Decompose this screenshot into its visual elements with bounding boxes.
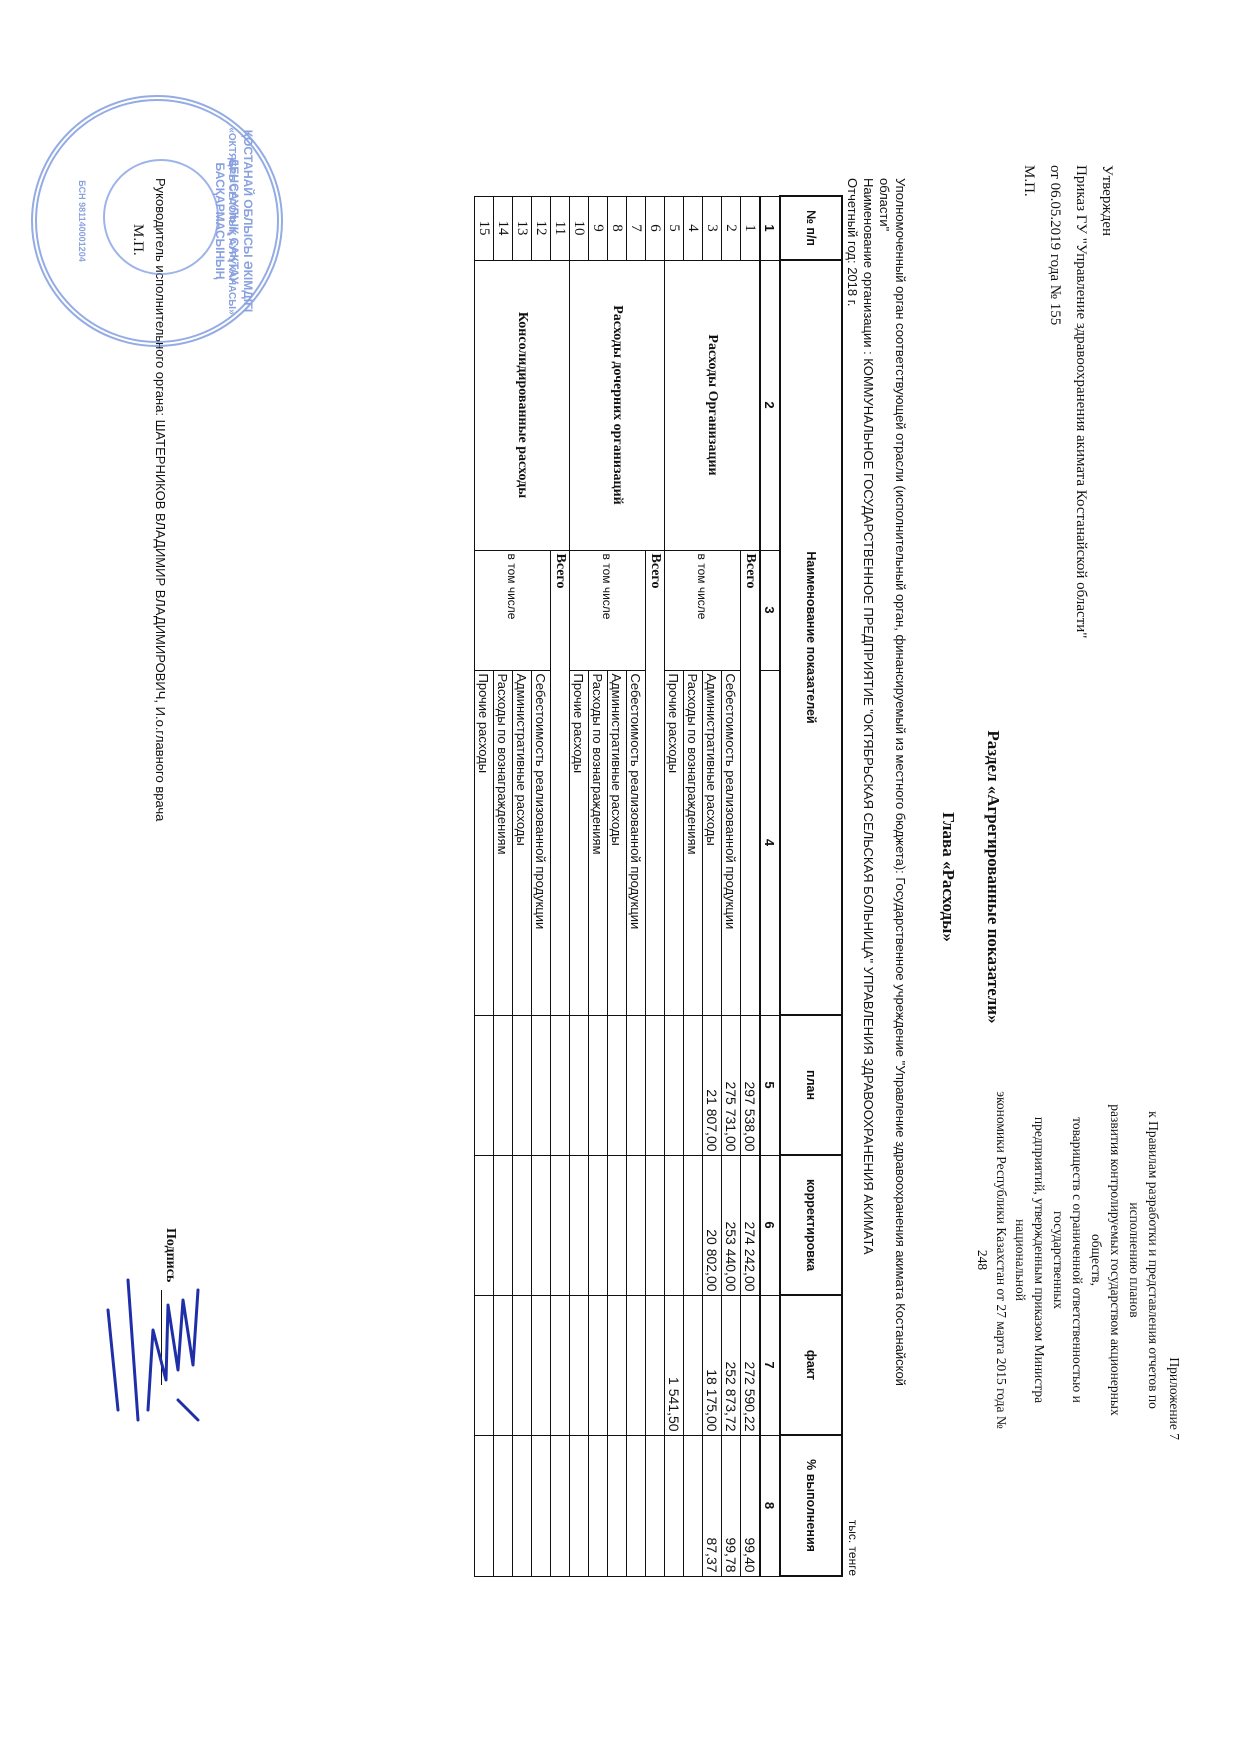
fact-value xyxy=(646,1295,665,1435)
row-number: 10 xyxy=(570,196,589,260)
plan-value xyxy=(665,1015,684,1155)
appendix-note: Приложение 7 к Правилам разработки и пре… xyxy=(973,1080,1184,1440)
plan-value: 21 807,00 xyxy=(703,1015,722,1155)
percent-value: 99,78 xyxy=(722,1435,741,1576)
group-title: Расходы Организации xyxy=(665,260,761,550)
group-title: Консолидированные расходы xyxy=(475,260,570,550)
correction-value xyxy=(589,1155,608,1295)
percent-value xyxy=(665,1435,684,1576)
item-name: Расходы по вознаграждениям xyxy=(494,670,513,1015)
currency-unit: тыс. тенге xyxy=(846,1520,860,1576)
appendix-line: к Правилам разработки и представления от… xyxy=(1125,1080,1163,1440)
plan-value xyxy=(475,1015,494,1155)
fact-value xyxy=(589,1295,608,1435)
expenses-table: № п/п Наименование показателей план корр… xyxy=(474,195,843,1577)
total-label: Всего xyxy=(551,550,570,1015)
table-body: 1 2 3 4 5 6 7 8 1Расходы ОрганизацииВсег… xyxy=(475,196,781,1576)
correction-value xyxy=(513,1155,532,1295)
fact-value xyxy=(475,1295,494,1435)
item-name: Себестоимость реализованной продукции xyxy=(627,670,646,1015)
percent-value: 99,40 xyxy=(741,1435,761,1576)
header-correction: корректировка xyxy=(780,1155,842,1295)
appendix-line: товариществ с ограниченной ответственнос… xyxy=(1049,1080,1087,1440)
correction-value: 253 440,00 xyxy=(722,1155,741,1295)
organization-line: Наименование организации : КОММУНАЛЬНОЕ … xyxy=(860,178,876,1386)
row-number: 1 xyxy=(741,196,761,260)
header-plan: план xyxy=(780,1015,842,1155)
percent-value xyxy=(684,1435,703,1576)
row-number: 4 xyxy=(684,196,703,260)
including-label: в том числе xyxy=(570,550,646,670)
column-number: 3 xyxy=(760,550,780,670)
table-row: 1Расходы ОрганизацииВсего297 538,00274 2… xyxy=(741,196,761,1576)
plan-value xyxy=(551,1015,570,1155)
approval-mp: М.П. xyxy=(1016,165,1042,638)
correction-value xyxy=(646,1155,665,1295)
percent-value xyxy=(589,1435,608,1576)
row-number: 8 xyxy=(608,196,627,260)
header-percent: % выполнения xyxy=(780,1435,842,1576)
plan-value: 275 731,00 xyxy=(722,1015,741,1155)
plan-value xyxy=(608,1015,627,1155)
fact-value xyxy=(494,1295,513,1435)
appendix-number: Приложение 7 xyxy=(1165,1080,1184,1440)
approval-block: Утвержден Приказ ГУ "Управление здравоох… xyxy=(1016,165,1120,638)
column-number: 8 xyxy=(760,1435,780,1576)
including-label: в том числе xyxy=(475,550,551,670)
plan-value xyxy=(646,1015,665,1155)
plan-value xyxy=(684,1015,703,1155)
percent-value xyxy=(551,1435,570,1576)
row-number: 7 xyxy=(627,196,646,260)
fact-value: 1 541,50 xyxy=(665,1295,684,1435)
correction-value xyxy=(494,1155,513,1295)
approval-title: Утвержден xyxy=(1094,165,1120,638)
row-number: 3 xyxy=(703,196,722,260)
column-number: 2 xyxy=(760,260,780,550)
item-name: Себестоимость реализованной продукции xyxy=(532,670,551,1015)
fact-value: 272 590,22 xyxy=(741,1295,761,1435)
fact-value xyxy=(684,1295,703,1435)
item-name: Административные расходы xyxy=(513,670,532,1015)
appendix-line: развития контролируемых государством акц… xyxy=(1087,1080,1125,1440)
row-number: 5 xyxy=(665,196,684,260)
percent-value xyxy=(475,1435,494,1576)
plan-value xyxy=(589,1015,608,1155)
table-row: 6Расходы дочерних организацийВсего xyxy=(646,196,665,1576)
item-name: Прочие расходы xyxy=(665,670,684,1015)
row-number: 13 xyxy=(513,196,532,260)
fact-value: 18 175,00 xyxy=(703,1295,722,1435)
correction-value xyxy=(532,1155,551,1295)
header-num: № п/п xyxy=(780,196,842,260)
plan-value xyxy=(513,1015,532,1155)
report-info: Уполномоченный орган соответствующей отр… xyxy=(844,178,908,1386)
correction-value xyxy=(684,1155,703,1295)
percent-value xyxy=(494,1435,513,1576)
percent-value xyxy=(646,1435,665,1576)
fact-value xyxy=(532,1295,551,1435)
percent-value xyxy=(513,1435,532,1576)
percent-value xyxy=(570,1435,589,1576)
correction-value xyxy=(475,1155,494,1295)
correction-value: 274 242,00 xyxy=(741,1155,761,1295)
correction-value xyxy=(627,1155,646,1295)
report-year: Отчетный год: 2018 г. xyxy=(844,178,860,1386)
column-number: 7 xyxy=(760,1295,780,1435)
percent-value xyxy=(608,1435,627,1576)
percent-value: 87,37 xyxy=(703,1435,722,1576)
correction-value xyxy=(551,1155,570,1295)
authority-line-cont: области" xyxy=(876,178,892,1386)
total-label: Всего xyxy=(646,550,665,1015)
row-number: 2 xyxy=(722,196,741,260)
appendix-line: предприятий, утвержденным приказом Минис… xyxy=(1011,1080,1049,1440)
item-name: Прочие расходы xyxy=(570,670,589,1015)
column-number: 4 xyxy=(760,670,780,1015)
item-name: Себестоимость реализованной продукции xyxy=(722,670,741,1015)
plan-value xyxy=(627,1015,646,1155)
column-number: 1 xyxy=(760,196,780,260)
row-number: 12 xyxy=(532,196,551,260)
stamp-inner-text: «ОКТЯБРЬ СЕЛОЛЫҚ АУРУХАНАСЫ» xyxy=(226,101,237,341)
stamp-bin: БСН 981140001204 xyxy=(77,101,87,341)
percent-value xyxy=(627,1435,646,1576)
item-name: Расходы по вознаграждениям xyxy=(684,670,703,1015)
fact-value: 252 873,72 xyxy=(722,1295,741,1435)
percent-value xyxy=(532,1435,551,1576)
group-title: Расходы дочерних организаций xyxy=(570,260,665,550)
plan-value xyxy=(532,1015,551,1155)
signature-icon xyxy=(98,1270,238,1440)
approval-order: Приказ ГУ "Управление здравоохранения ак… xyxy=(1068,165,1094,638)
table-row: 11Консолидированные расходыВсего xyxy=(551,196,570,1576)
column-number-row: 1 2 3 4 5 6 7 8 xyxy=(760,196,780,1576)
row-number: 14 xyxy=(494,196,513,260)
header-name: Наименование показателей xyxy=(780,260,842,1015)
column-number: 5 xyxy=(760,1015,780,1155)
correction-value: 20 802,00 xyxy=(703,1155,722,1295)
row-number: 15 xyxy=(475,196,494,260)
plan-value: 297 538,00 xyxy=(741,1015,761,1155)
authority-line: Уполномоченный орган соответствующей отр… xyxy=(892,178,908,1386)
header-fact: факт xyxy=(780,1295,842,1435)
item-name: Административные расходы xyxy=(703,670,722,1015)
row-number: 11 xyxy=(551,196,570,260)
row-number: 9 xyxy=(589,196,608,260)
plan-value xyxy=(494,1015,513,1155)
approval-date: от 06.05.2019 года № 155 xyxy=(1042,165,1068,638)
item-name: Расходы по вознаграждениям xyxy=(589,670,608,1015)
fact-value xyxy=(608,1295,627,1435)
item-name: Административные расходы xyxy=(608,670,627,1015)
document-sheet: Утвержден Приказ ГУ "Управление здравоох… xyxy=(0,0,1248,1754)
chapter-title: Глава «Расходы» xyxy=(938,0,958,1754)
table-header-row: № п/п Наименование показателей план корр… xyxy=(780,196,842,1576)
item-name: Прочие расходы xyxy=(475,670,494,1015)
fact-value xyxy=(551,1295,570,1435)
including-label: в том числе xyxy=(665,550,741,670)
stamp-emblem-icon xyxy=(103,159,219,275)
column-number: 6 xyxy=(760,1155,780,1295)
section-title: Раздел «Агрегированные показатели» xyxy=(983,0,1003,1754)
correction-value xyxy=(665,1155,684,1295)
row-number: 6 xyxy=(646,196,665,260)
total-label: Всего xyxy=(741,550,761,1015)
plan-value xyxy=(570,1015,589,1155)
correction-value xyxy=(570,1155,589,1295)
fact-value xyxy=(513,1295,532,1435)
correction-value xyxy=(608,1155,627,1295)
fact-value xyxy=(570,1295,589,1435)
fact-value xyxy=(627,1295,646,1435)
organization-stamp: ҚОСТАНАЙ ОБЛЫСЫ ӘКІМДІГІ ДЕНСАУЛЫҚ САҚТА… xyxy=(31,95,283,347)
